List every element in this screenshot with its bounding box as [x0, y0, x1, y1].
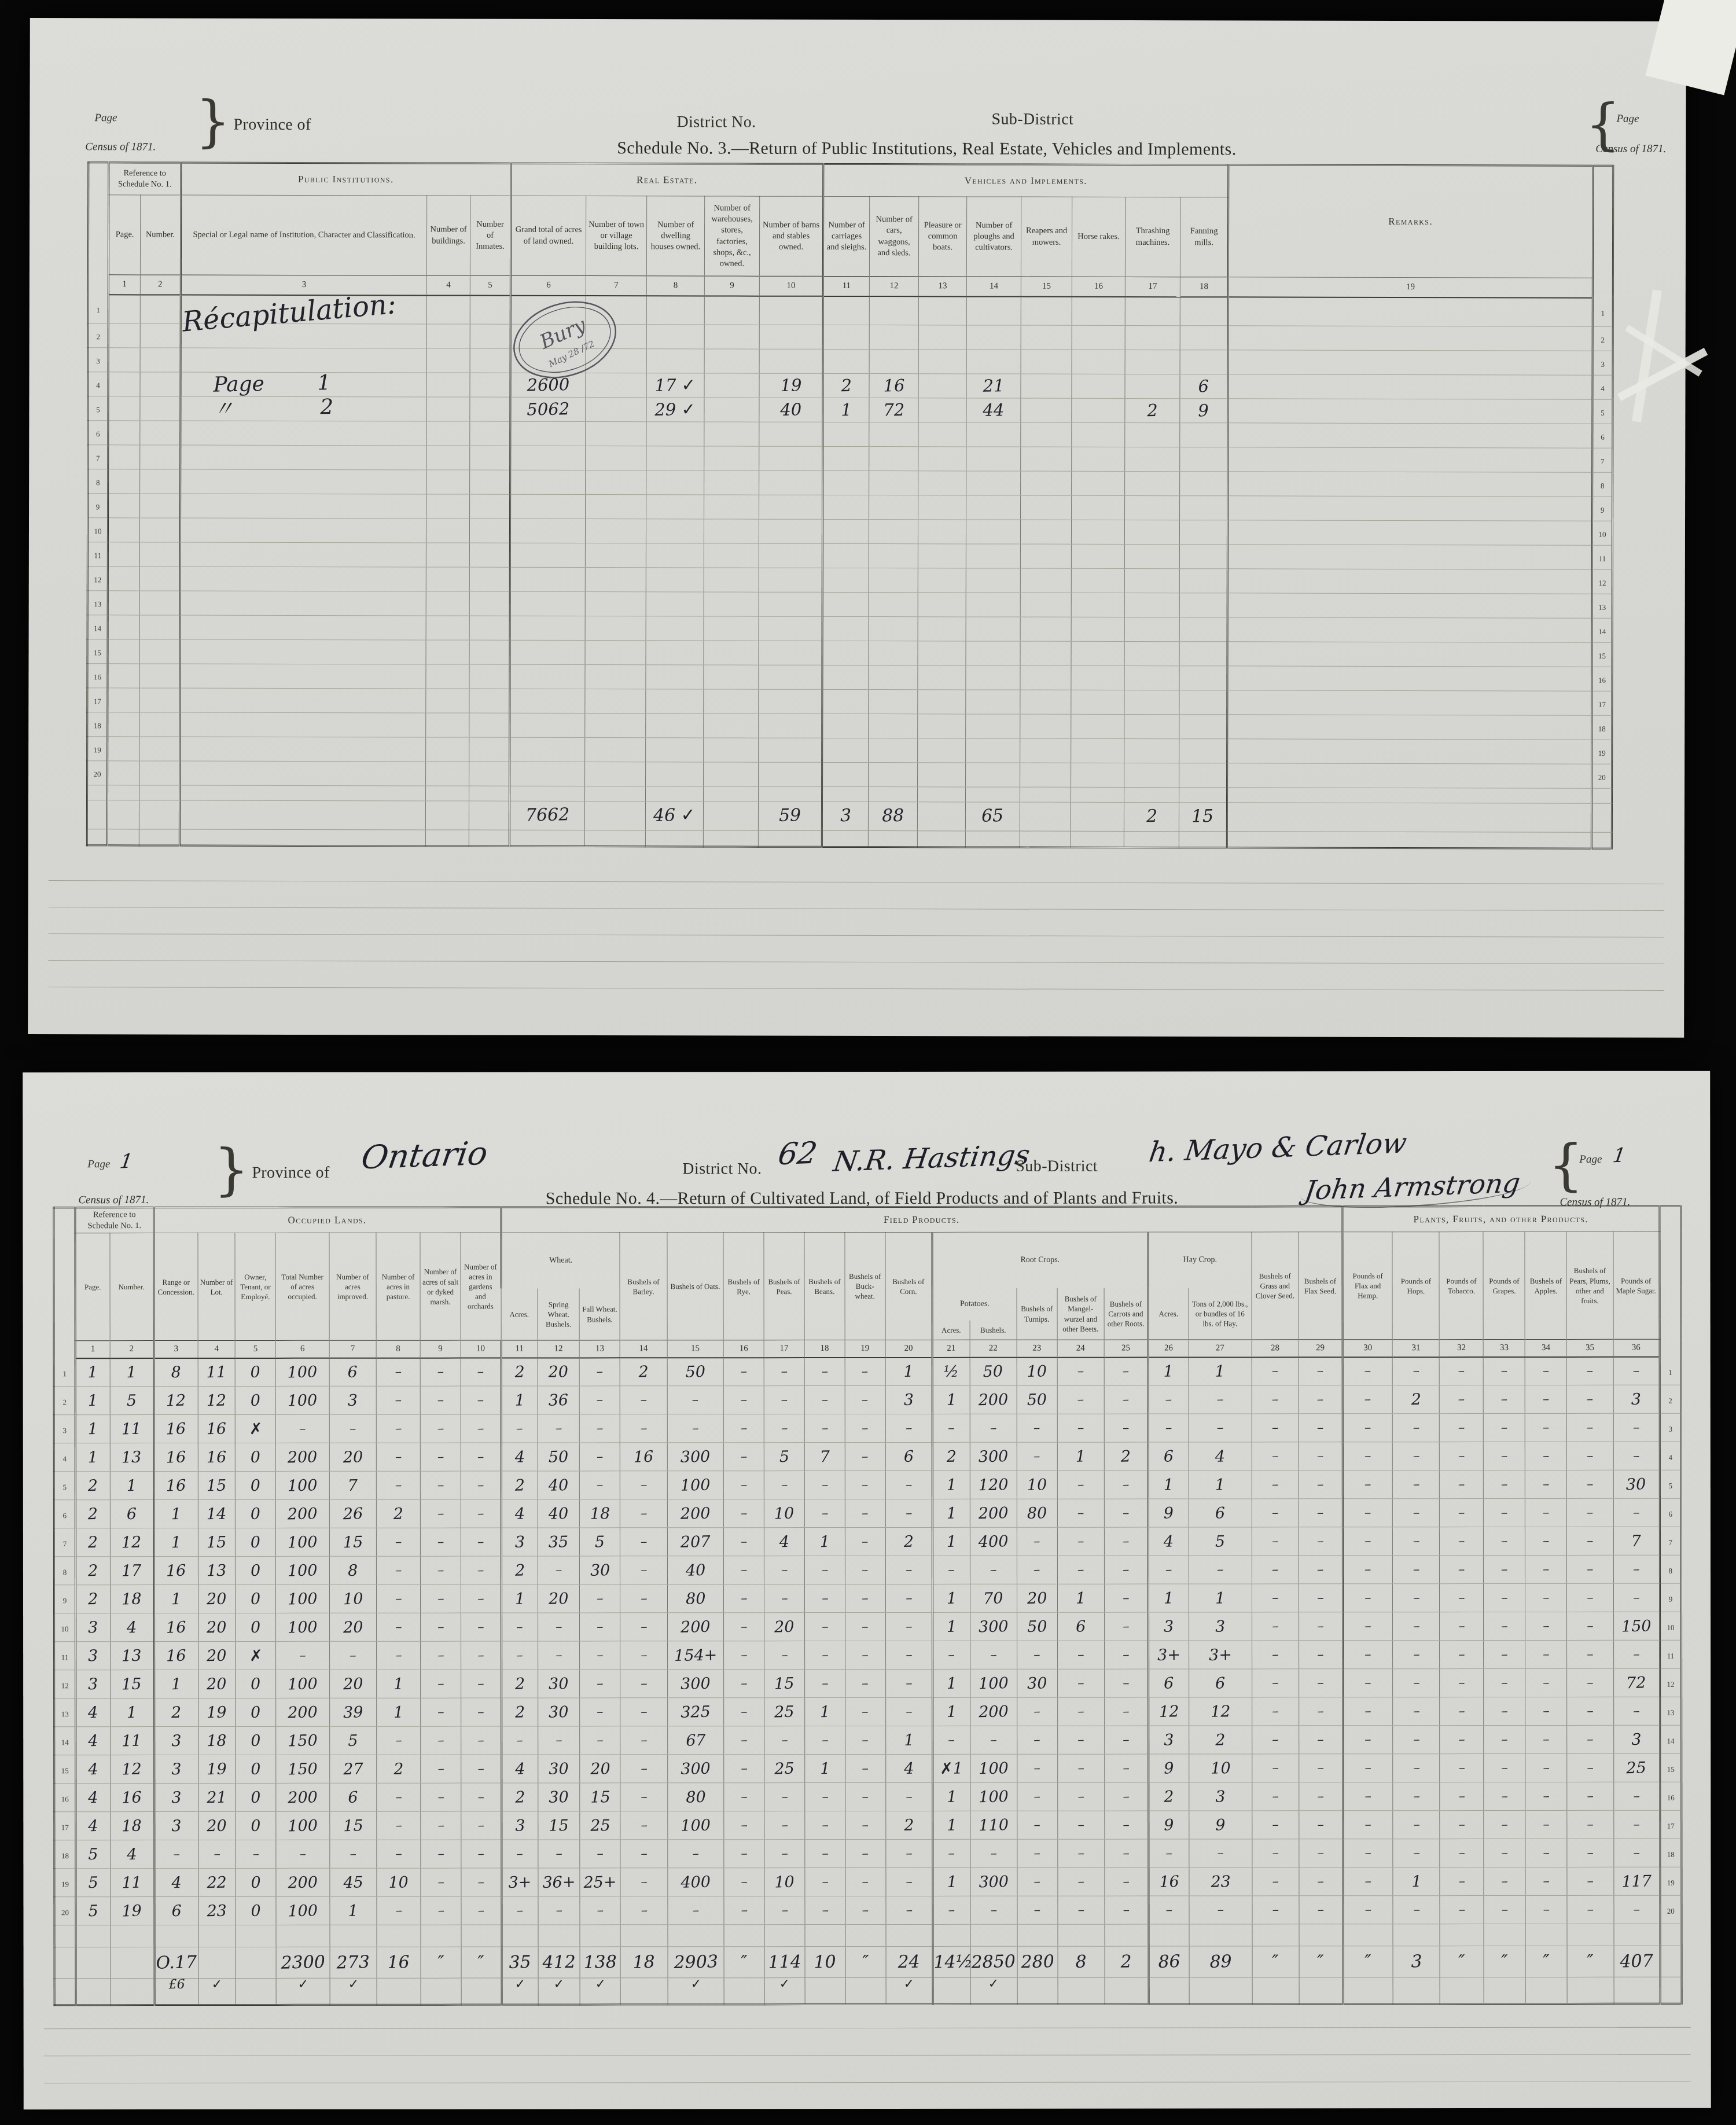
handwritten-value: 15	[207, 1534, 227, 1550]
schedule4-table-r3-c27: –	[1189, 1414, 1252, 1442]
schedule4-table-r4-c23: –	[1017, 1442, 1057, 1470]
schedule3-table-r4-c18: 6	[1180, 374, 1228, 398]
subdistrict-hw: h. Mayo & Carlow	[1147, 1127, 1408, 1168]
schedule4-table-r14-c25: –	[1105, 1726, 1149, 1754]
handwritten-value: –	[350, 1649, 356, 1662]
handwritten-value: 19	[207, 1704, 227, 1720]
handwritten-value: –	[781, 1904, 788, 1917]
schedule4-table-r16-c16: –	[724, 1783, 764, 1811]
schedule4-table-r5-c21: 1	[932, 1471, 970, 1499]
handwritten-value: –	[516, 1734, 523, 1747]
handwritten-value: 19	[122, 1903, 142, 1919]
schedule4-table-r14-c26: 3	[1149, 1726, 1189, 1754]
handwritten-value: –	[395, 1649, 402, 1662]
schedule4-table-r18-c36: –	[1613, 1839, 1660, 1867]
schedule3-table-rend-c14	[965, 830, 1020, 847]
schedule4-table-header-4-1: Bushels.	[970, 1321, 1017, 1340]
column-number-7: 7	[329, 1340, 376, 1358]
schedule3-table-rsp-c17	[1124, 787, 1179, 802]
schedule3-table-r15-c8	[646, 640, 704, 664]
handwritten-value: 1	[946, 1505, 957, 1521]
schedule4-table-r7-c26: 4	[1148, 1527, 1189, 1556]
handwritten-value: 1	[946, 1392, 957, 1407]
handwritten-value: –	[1165, 1563, 1172, 1576]
handwritten-value: –	[350, 1847, 356, 1861]
schedule4-table-r19-c20: –	[886, 1868, 933, 1896]
schedule3-table-r14-c17	[1124, 617, 1179, 641]
schedule4-table-r10-c33: –	[1484, 1612, 1525, 1641]
schedule4-table-r7-c8: –	[376, 1528, 420, 1556]
schedule4-table-r13-c13: –	[580, 1698, 620, 1726]
schedule4-table-r13-c19: –	[845, 1698, 885, 1726]
schedule4-table-r8-c21: –	[932, 1556, 970, 1584]
schedule3-table-r16-c6	[510, 664, 585, 689]
handwritten-value: –	[741, 1592, 748, 1605]
handwritten-value: –	[1633, 1818, 1640, 1831]
row-number	[1660, 1924, 1682, 1946]
schedule3-table-r1-c15	[1021, 296, 1072, 325]
schedule4-table-rsp-c5	[236, 1925, 276, 1947]
schedule4-table-r2-c10: –	[461, 1386, 501, 1414]
handwritten-value: 1	[88, 1393, 98, 1409]
handwritten-value: 12	[1159, 1704, 1179, 1720]
schedule3-table-r10-c9	[704, 519, 759, 543]
handwritten-value: –	[1033, 1535, 1040, 1548]
schedule4-table-r15-c12: 30	[538, 1755, 580, 1783]
schedule4-table-r16-c15: 80	[667, 1783, 724, 1811]
handwritten-value: 2903	[674, 1953, 718, 1972]
schedule4-table-r10-c10: –	[461, 1613, 501, 1641]
schedule4-table-r1-c19: –	[845, 1358, 885, 1386]
schedule4-table-r20-c36: –	[1613, 1896, 1660, 1924]
schedule4-table-rchk-c13: ✓	[580, 1978, 621, 2005]
schedule4-table-r16-c7: 6	[330, 1783, 377, 1811]
handwritten-value: –	[437, 1791, 444, 1804]
schedule3-table-r14-c9	[704, 616, 759, 640]
handwritten-value: –	[1077, 1506, 1084, 1520]
handwritten-value: –	[1272, 1847, 1279, 1860]
handwritten-value: –	[1317, 1506, 1324, 1520]
handwritten-value: Page 1	[213, 373, 331, 396]
schedule4-table-rtot-c6: 2300	[276, 1947, 330, 1979]
schedule4-table-r9-c24: 1	[1057, 1584, 1104, 1612]
handwritten-value: 100	[681, 1817, 711, 1833]
handwritten-value: ″	[1459, 1953, 1466, 1970]
schedule4-table-r11-c16: –	[724, 1641, 764, 1670]
schedule4-table-r20-c18: –	[805, 1896, 845, 1925]
schedule3-table-r3-c19	[1228, 350, 1592, 374]
schedule3-table-rend-c5	[469, 830, 509, 846]
schedule3-table-r16-c8	[646, 664, 704, 689]
handwritten-value: –	[741, 1705, 748, 1719]
schedule4-table-r8-c31: –	[1393, 1556, 1440, 1584]
schedule4-table-header-2-24: Pounds of Tobacco.	[1439, 1232, 1483, 1340]
schedule4-table-r16-c33: –	[1484, 1782, 1525, 1811]
handwritten-value: –	[1458, 1790, 1465, 1803]
schedule4-table-r3-c12: –	[538, 1414, 580, 1443]
handwritten-value: ✓	[554, 1979, 565, 1991]
schedule3-table-r20-c18	[1179, 763, 1227, 787]
schedule4-table-r16-c19: –	[845, 1783, 886, 1811]
handwritten-value: 2	[171, 1705, 182, 1720]
handwritten-value: –	[1272, 1535, 1279, 1548]
schedule3-table-r9-c5	[470, 494, 510, 519]
handwritten-value: 0	[251, 1477, 261, 1493]
handwritten-value: –	[641, 1791, 648, 1804]
schedule4-table-rchk-c36	[1614, 1977, 1660, 2004]
schedule4-table-r20-c31: –	[1393, 1896, 1440, 1924]
schedule3-table-r18-c19	[1227, 714, 1592, 739]
handwritten-value: –	[1317, 1762, 1324, 1775]
handwritten-value: –	[477, 1365, 484, 1378]
handwritten-value: –	[1317, 1677, 1324, 1690]
schedule3-table-r1-c2	[140, 295, 181, 323]
schedule4-table-rsp-c36	[1614, 1924, 1660, 1946]
handwritten-value: 2	[393, 1761, 404, 1777]
handwritten-value: –	[1272, 1506, 1279, 1520]
schedule4-table-r18-c11: –	[502, 1840, 538, 1868]
schedule3-table-r4-c17	[1125, 374, 1180, 398]
schedule4-table-r18-c18: –	[805, 1840, 845, 1868]
schedule4-table-r12-c1: 3	[76, 1670, 111, 1698]
handwritten-value: 15	[343, 1534, 363, 1550]
column-number-5: 5	[470, 275, 510, 295]
handwritten-value: 5	[88, 1903, 98, 1919]
schedule4-table-rchk-c17: ✓	[764, 1978, 805, 2005]
schedule3-table-r19-c18	[1179, 738, 1227, 763]
handwritten-value: –	[1034, 1903, 1041, 1917]
handwritten-value: 29 ✓	[654, 400, 696, 418]
row-number: 5	[1660, 1470, 1681, 1499]
schedule4-table-r2-c26: –	[1148, 1385, 1189, 1414]
district-no-hw: 62	[776, 1136, 819, 1172]
schedule4-table-rsp-c12	[538, 1925, 580, 1947]
handwritten-value: –	[1458, 1478, 1465, 1491]
schedule4-table-r17-c4: 20	[198, 1812, 236, 1840]
schedule3-table-r1-c3: Récapitulation:	[181, 295, 426, 323]
schedule4-table-r6-c18: –	[804, 1499, 845, 1528]
subdistrict-label: Sub-District	[991, 110, 1073, 128]
schedule4-table-header-2-6: Number of acres improved.	[329, 1233, 376, 1340]
schedule4-table-rchk-c12: ✓	[538, 1978, 580, 2005]
handwritten-value: 1	[947, 1789, 957, 1804]
column-number-11: 11	[501, 1340, 538, 1358]
schedule4-table-r17-c25: –	[1105, 1811, 1149, 1839]
handwritten-value: 100	[288, 1818, 318, 1834]
handwritten-value: –	[1217, 1563, 1224, 1576]
column-number-28: 28	[1252, 1340, 1299, 1357]
handwritten-value: –	[1587, 1762, 1594, 1775]
schedule4-table-rtot-c34: ″	[1525, 1946, 1567, 1977]
column-number-15: 15	[667, 1340, 724, 1358]
schedule3-table-r16-c3	[180, 664, 426, 689]
handwritten-value: 50	[685, 1364, 705, 1380]
handwritten-value: –	[395, 1479, 402, 1492]
schedule3-table-r16-c11	[822, 665, 869, 689]
handwritten-value: –	[781, 1734, 788, 1747]
schedule4-table-r13-c24: –	[1057, 1697, 1104, 1726]
schedule4-table-r9-c26: 1	[1148, 1584, 1189, 1612]
handwritten-value: –	[555, 1422, 562, 1435]
schedule4-table-r17-c13: 25	[580, 1811, 620, 1840]
schedule4-table-r3-c32: –	[1440, 1414, 1484, 1442]
schedule3-table-r16-c17	[1124, 666, 1179, 690]
schedule3-table-r18-c8	[646, 713, 704, 737]
schedule3-table-header-1-3: Vehicles and Implements.	[823, 164, 1229, 197]
schedule4-table-rchk-c28	[1252, 1977, 1299, 2004]
schedule4-table-rchk-c9	[421, 1978, 461, 2005]
handwritten-value: –	[516, 1620, 523, 1634]
schedule4-table-r8-c2: 17	[110, 1557, 154, 1585]
row-number	[87, 829, 107, 845]
handwritten-value: –	[597, 1705, 604, 1719]
schedule4-table-r16-c36: –	[1613, 1782, 1660, 1811]
schedule3-table-r20-c11	[822, 762, 869, 786]
schedule4-table-r5-c16: –	[723, 1471, 764, 1499]
handwritten-value: 100	[288, 1562, 318, 1579]
schedule3-table-r12-c13	[918, 568, 966, 592]
handwritten-value: 8	[171, 1365, 181, 1380]
handwritten-value: 16	[166, 1619, 186, 1635]
schedule3-table-r5-c17: 2	[1125, 398, 1180, 422]
schedule4-table-r11-c14: –	[620, 1641, 667, 1670]
handwritten-value: –	[1587, 1790, 1594, 1803]
handwritten-value: –	[692, 1904, 699, 1917]
schedule4-table-r1-c24: –	[1057, 1357, 1104, 1385]
ruled-line	[49, 880, 1664, 884]
schedule4-table-r13-c26: 12	[1149, 1697, 1189, 1726]
schedule3-table-r18-c6	[510, 713, 585, 737]
handwritten-value: –	[1217, 1847, 1224, 1860]
schedule4-table-r4-c16: –	[723, 1443, 764, 1471]
schedule4-table-r15-c34: –	[1525, 1754, 1567, 1782]
schedule4-table-r7-c23: –	[1017, 1527, 1057, 1556]
handwritten-value: 2	[88, 1478, 98, 1494]
schedule4-table-r19-c25: –	[1105, 1867, 1149, 1896]
schedule4-table-r6-c3: 1	[154, 1500, 198, 1528]
schedule3-table-r1-c8	[646, 296, 704, 325]
schedule4-table-r16-c21: 1	[933, 1783, 970, 1811]
handwritten-value: –	[641, 1847, 648, 1861]
schedule3-table-r17-c3	[180, 688, 426, 713]
handwritten-value: –	[1077, 1762, 1084, 1775]
handwritten-value: 5	[779, 1449, 789, 1465]
schedule4-table-rtot-c2	[111, 1947, 155, 1979]
schedule3-table-rtot-c14: 65	[965, 802, 1020, 830]
handwritten-value: –	[1633, 1789, 1640, 1803]
handwritten-value: 8	[348, 1562, 358, 1578]
handwritten-value: –	[640, 1422, 647, 1435]
row-number: 17	[87, 687, 108, 712]
schedule4-table-r14-c14: –	[620, 1726, 667, 1755]
schedule4-table-r17-c27: 9	[1189, 1811, 1252, 1839]
schedule4-table-header-2-9: Number of acres in gardens and orchards	[461, 1233, 501, 1340]
handwritten-value: –	[395, 1904, 402, 1917]
schedule3-table-rend-c16	[1071, 831, 1124, 847]
schedule4-table-r8-c12: –	[538, 1556, 580, 1584]
handwritten-value: –	[862, 1365, 869, 1378]
handwritten-value: 1	[171, 1535, 182, 1550]
handwritten-value: –	[821, 1620, 828, 1634]
column-number-13: 13	[580, 1340, 620, 1358]
handwritten-value: –	[477, 1564, 484, 1577]
schedule3-table-r17-c14	[966, 689, 1020, 714]
row-number: 7	[54, 1528, 75, 1557]
schedule3-table-r11-c2	[139, 542, 180, 566]
schedule3-table-r3-c11	[823, 349, 869, 373]
handwritten-value: –	[1123, 1478, 1130, 1491]
schedule3-table-rend-c7	[584, 830, 645, 846]
schedule4-table-r16-c8: –	[377, 1783, 421, 1811]
schedule4-table-r13-c36: –	[1613, 1697, 1660, 1726]
schedule4-table-r14-c3: 3	[154, 1727, 198, 1755]
handwritten-value: –	[1543, 1762, 1550, 1775]
schedule3-table-r11-c10	[759, 543, 822, 568]
handwritten-value: –	[905, 1592, 912, 1605]
schedule4-table-r19-c22: 300	[970, 1868, 1017, 1896]
handwritten-value: –	[821, 1649, 828, 1662]
handwritten-value: 46 ✓	[653, 807, 696, 825]
schedule4-table-r7-c21: 1	[932, 1528, 970, 1556]
schedule4-table-r11-c13: –	[580, 1641, 620, 1670]
schedule3-table-rsp-c4	[426, 785, 469, 800]
schedule4-table-r5-c7: 7	[329, 1471, 376, 1499]
schedule3-table-header-2-0: Page.	[108, 195, 140, 275]
schedule4-table-rsp-c22	[970, 1925, 1017, 1947]
column-number-9: 9	[704, 276, 759, 296]
schedule4-table-r11-c28: –	[1252, 1641, 1299, 1669]
schedule4-table-r6-c28: –	[1252, 1499, 1299, 1527]
row-number: 13	[87, 590, 108, 615]
handwritten-value: –	[597, 1847, 604, 1861]
handwritten-value: –	[1458, 1365, 1465, 1378]
schedule4-table-r15-c5: 0	[236, 1755, 276, 1784]
schedule4-table-r14-c24: –	[1057, 1726, 1104, 1754]
handwritten-value: 15	[122, 1676, 142, 1692]
schedule4-table-r8-c17: –	[764, 1556, 804, 1584]
schedule4-table-r17-c34: –	[1525, 1811, 1567, 1839]
subdistrict-label2: Sub-District	[1016, 1157, 1098, 1176]
schedule4-table-r5-c1: 2	[75, 1472, 110, 1500]
schedule3-table-r19-c7	[585, 737, 646, 762]
schedule4-table-r18-c34: –	[1525, 1839, 1567, 1867]
schedule3-table-r19-c3	[180, 737, 426, 762]
schedule3-table-r16-c13	[918, 665, 966, 689]
handwritten-value: –	[1272, 1705, 1279, 1718]
schedule3-table-r2-c14	[966, 325, 1021, 349]
handwritten-value: 1	[393, 1676, 404, 1692]
handwritten-value: 200	[978, 1505, 1008, 1521]
schedule4-table-r14-c29: –	[1299, 1726, 1343, 1754]
handwritten-value: ″	[1502, 1953, 1509, 1970]
handwritten-value: 50	[1027, 1392, 1047, 1408]
schedule4-table-r18-c35: –	[1567, 1839, 1613, 1867]
handwritten-value: –	[299, 1649, 306, 1662]
schedule4-table-r14-c27: 2	[1189, 1726, 1252, 1754]
handwritten-value: –	[1077, 1903, 1084, 1917]
schedule4-table-r18-c1: 5	[76, 1840, 111, 1869]
province-label: Province of	[233, 116, 311, 134]
handwritten-value: 12	[122, 1761, 142, 1777]
handwritten-value: –	[1364, 1818, 1371, 1832]
handwritten-value: –	[862, 1705, 869, 1719]
handwritten-value: 200	[681, 1619, 711, 1635]
row-number: 8	[88, 469, 108, 493]
schedule4-table-r15-c3: 3	[154, 1755, 198, 1784]
handwritten-value: –	[822, 1876, 829, 1889]
schedule4-table-r3-c6: –	[276, 1415, 330, 1443]
schedule4-table-r19-c5: 0	[236, 1869, 276, 1897]
schedule4-table-r9-c4: 20	[198, 1585, 236, 1613]
handwritten-value: –	[1543, 1847, 1550, 1860]
handwritten-value: –	[990, 1847, 997, 1860]
schedule4-table-r11-c27: 3+	[1189, 1641, 1252, 1669]
schedule3-table-r3-c15	[1021, 350, 1072, 374]
schedule3-table-r4-c15	[1021, 374, 1072, 398]
handwritten-value: –	[1272, 1762, 1279, 1775]
column-number-8: 8	[646, 276, 704, 296]
row-number: 18	[1660, 1839, 1682, 1867]
column-number-31: 31	[1392, 1340, 1439, 1357]
schedule4-table-rsp-c34	[1525, 1924, 1567, 1946]
schedule4-table-r19-c31: 1	[1393, 1867, 1440, 1896]
schedule4-table-r3-c20: –	[885, 1414, 932, 1443]
schedule4-table-header-3-4: Bushels of Turnips.	[1017, 1288, 1057, 1340]
schedule4-table-r10-c3: 16	[154, 1613, 198, 1642]
handwritten-value: –	[781, 1592, 788, 1605]
schedule4-table-r11-c20: –	[885, 1641, 932, 1670]
column-number-14: 14	[966, 277, 1021, 296]
schedule3-table-header-1-0: Reference to Schedule No. 1.	[109, 163, 181, 195]
handwritten-value: –	[1543, 1393, 1550, 1406]
handwritten-value: 13	[207, 1562, 227, 1579]
schedule4-table-r18-c8: –	[377, 1840, 421, 1868]
handwritten-value: –	[1077, 1677, 1084, 1690]
handwritten-value: 20	[207, 1619, 227, 1635]
schedule3-table-r15-c13	[918, 641, 966, 665]
handwritten-value: –	[1543, 1705, 1550, 1718]
schedule4-table-r15-c2: 12	[110, 1755, 154, 1784]
schedule4-table-r13-c22: 200	[970, 1698, 1017, 1726]
schedule4-table-r2-c5: 0	[236, 1387, 276, 1415]
handwritten-value: –	[1543, 1648, 1550, 1661]
handwritten-value: –	[1272, 1620, 1279, 1633]
schedule4-table-r15-c4: 19	[198, 1755, 236, 1784]
handwritten-value: 67	[686, 1733, 706, 1749]
handwritten-value: ✓	[514, 1979, 525, 1991]
schedule4-table-r13-c30: –	[1343, 1697, 1393, 1726]
handwritten-value: –	[1317, 1591, 1324, 1605]
schedule4-table-rtot-c10: ″	[461, 1947, 502, 1978]
schedule4-table-r18-c7: –	[330, 1840, 377, 1868]
page-number-hw-right: 1	[1611, 1144, 1627, 1167]
handwritten-value: –	[1317, 1365, 1324, 1378]
handwritten-value: –	[1033, 1648, 1040, 1661]
handwritten-value: –	[1633, 1506, 1640, 1519]
schedule3-table-r11-c17	[1124, 544, 1179, 568]
ruled-line	[44, 2082, 1691, 2083]
schedule4-table-r13-c4: 19	[198, 1698, 236, 1727]
schedule4-table-r17-c9: –	[421, 1811, 461, 1840]
handwritten-value: 154+	[674, 1647, 718, 1664]
schedule4-table-r9-c6: 100	[276, 1585, 330, 1613]
schedule3-table-r2-c4	[426, 323, 470, 348]
schedule4-table-rtot-c1	[76, 1947, 111, 1979]
column-number-21: 21	[932, 1340, 970, 1358]
handwritten-value: ✗	[249, 1421, 262, 1436]
handwritten-value: 15	[549, 1818, 569, 1834]
schedule3-table-r16-c19	[1227, 666, 1592, 690]
